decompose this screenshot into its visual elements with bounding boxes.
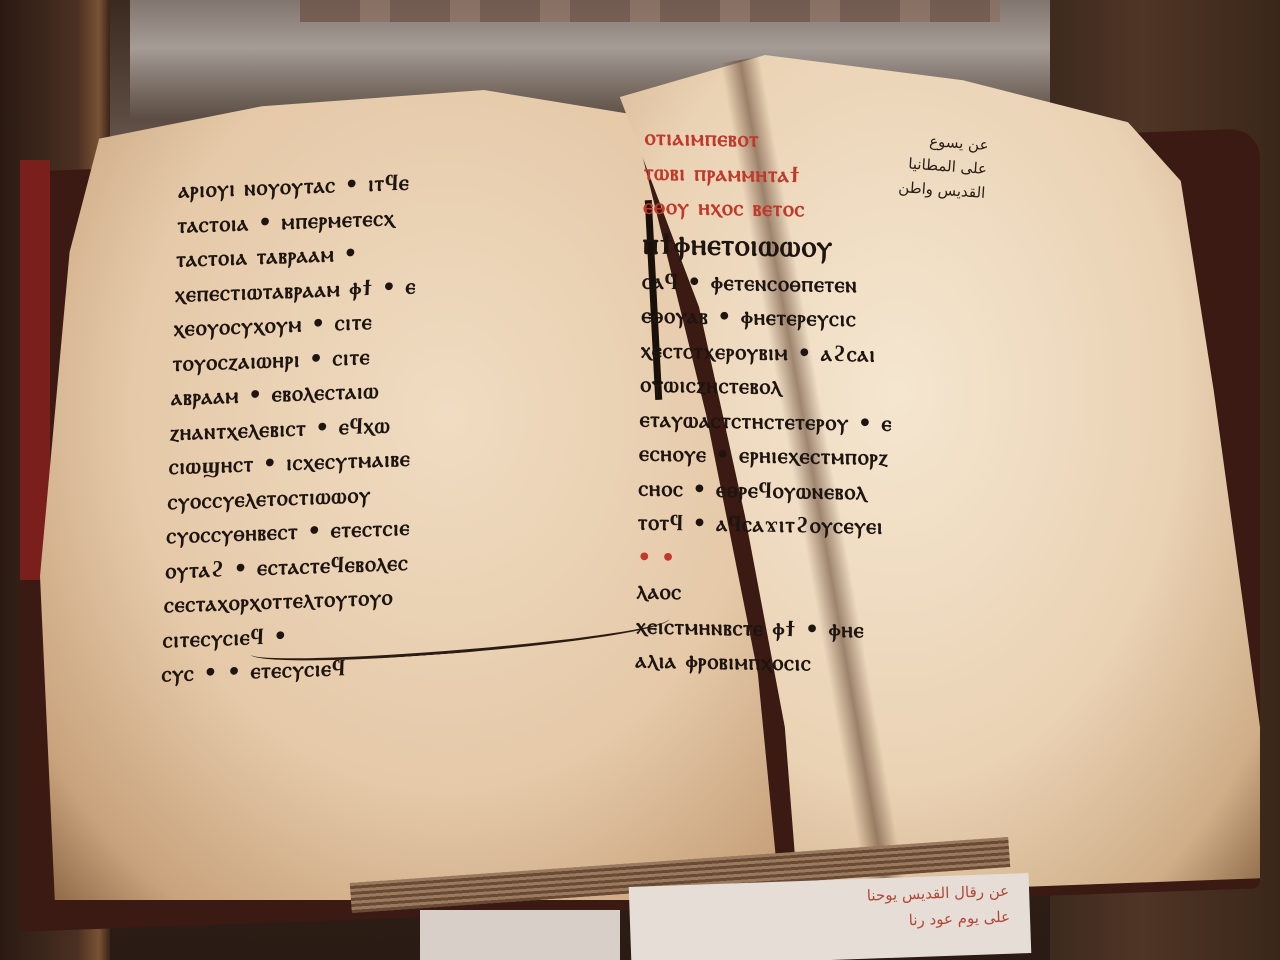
display-label-left bbox=[420, 910, 620, 960]
museum-display-scene: ⲁⲣⲓⲟⲩⲓ ⲛⲟⲩⲟⲩⲧⲁⲥ • ⲓⲧϥⲉ ⲧⲁⲥⲧⲟⲓⲁ • ⲙⲡⲉⲣⲙⲉⲧ… bbox=[0, 0, 1280, 960]
display-label: عن رقال القديس يوحنا على يوم عود رنا bbox=[629, 873, 1032, 960]
reflected-manuscript-band bbox=[300, 0, 1000, 22]
right-page-text: ⲟⲧⲓⲁⲓⲙⲡⲉⲃⲟⲧ ⲧⲱⲃⲓ ⲡⲣⲁⲙⲙⲏⲧⲁϯ ⲉⲑⲟⲩ ⲏⲭⲟⲥ ⲃⲉⲧ… bbox=[635, 121, 1165, 687]
arabic-marginal-note: عن يسوع على المطانيا القديس واطن bbox=[898, 127, 990, 205]
